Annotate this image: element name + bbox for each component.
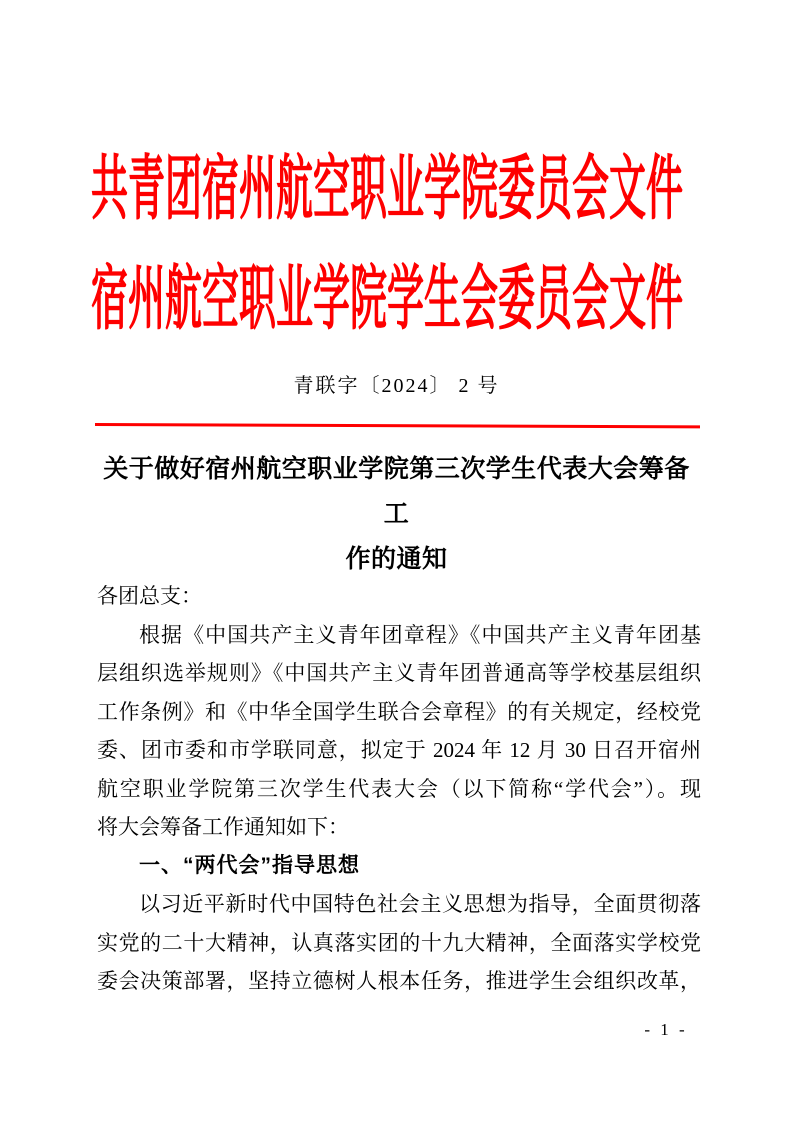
body-section-heading: 一、“两代会”指导思想 [97, 847, 701, 886]
body-line: 委会决策部署，坚持立德树人根本任务，推进学生会组织改革， [97, 962, 701, 1001]
document-page: 共青团宿州航空职业学院委员会文件 宿州航空职业学院学生会委员会文件 青联字〔20… [0, 0, 793, 1122]
document-number: 青联字〔2024〕 2 号 [0, 372, 793, 400]
body-line: 各团总支： [97, 577, 701, 616]
body-line: 将大会筹备工作通知如下： [97, 808, 701, 847]
document-title-line-1: 关于做好宿州航空职业学院第三次学生代表大会筹备工 [94, 447, 699, 537]
body-line: 实党的二十大精神，认真落实团的十九大精神，全面落实学校党 [97, 924, 701, 963]
document-title-line-2: 作的通知 [94, 537, 699, 582]
body-line: 航空职业学院第三次学生代表大会（以下简称“学代会”）。现 [97, 770, 701, 809]
body-line: 委、团市委和市学联同意，拟定于 2024 年 12 月 30 日召开宿州 [97, 731, 701, 770]
page-number: - 1 - [611, 1020, 721, 1040]
document-body: 各团总支：根据《中国共产主义青年团章程》《中国共产主义青年团基层组织选举规则》《… [97, 577, 701, 1001]
red-header-line-1: 共青团宿州航空职业学院委员会文件 [91, 150, 702, 234]
document-title: 关于做好宿州航空职业学院第三次学生代表大会筹备工 作的通知 [94, 447, 699, 582]
body-line: 根据《中国共产主义青年团章程》《中国共产主义青年团基 [97, 616, 701, 655]
red-divider-rule [95, 423, 700, 428]
body-line: 层组织选举规则》《中国共产主义青年团普通高等学校基层组织 [97, 654, 701, 693]
body-line: 工作条例》和《中华全国学生联合会章程》的有关规定，经校党 [97, 693, 701, 732]
red-header-line-2: 宿州航空职业学院学生会委员会文件 [91, 260, 702, 344]
body-line: 以习近平新时代中国特色社会主义思想为指导，全面贯彻落 [97, 885, 701, 924]
